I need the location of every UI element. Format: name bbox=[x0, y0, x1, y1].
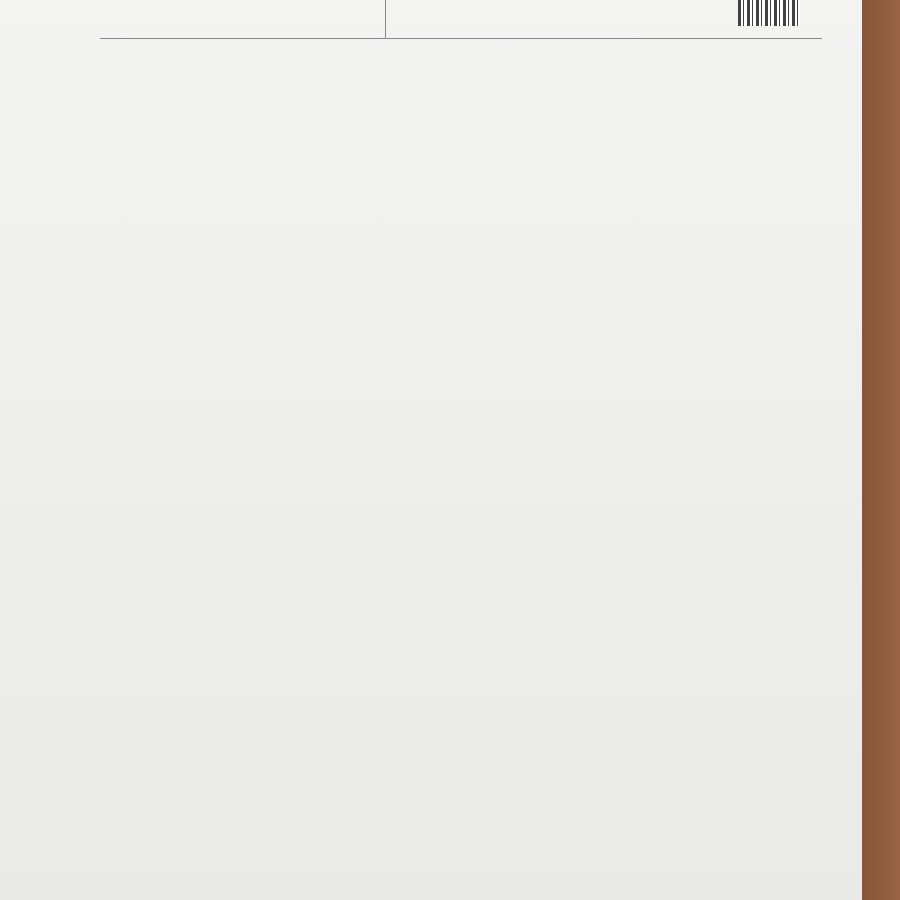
header-divider bbox=[100, 38, 822, 39]
section-tensile-strength bbox=[92, 77, 96, 93]
test-report-page bbox=[0, 0, 862, 900]
header-cell-divider bbox=[385, 0, 386, 38]
qr-code bbox=[738, 0, 800, 26]
